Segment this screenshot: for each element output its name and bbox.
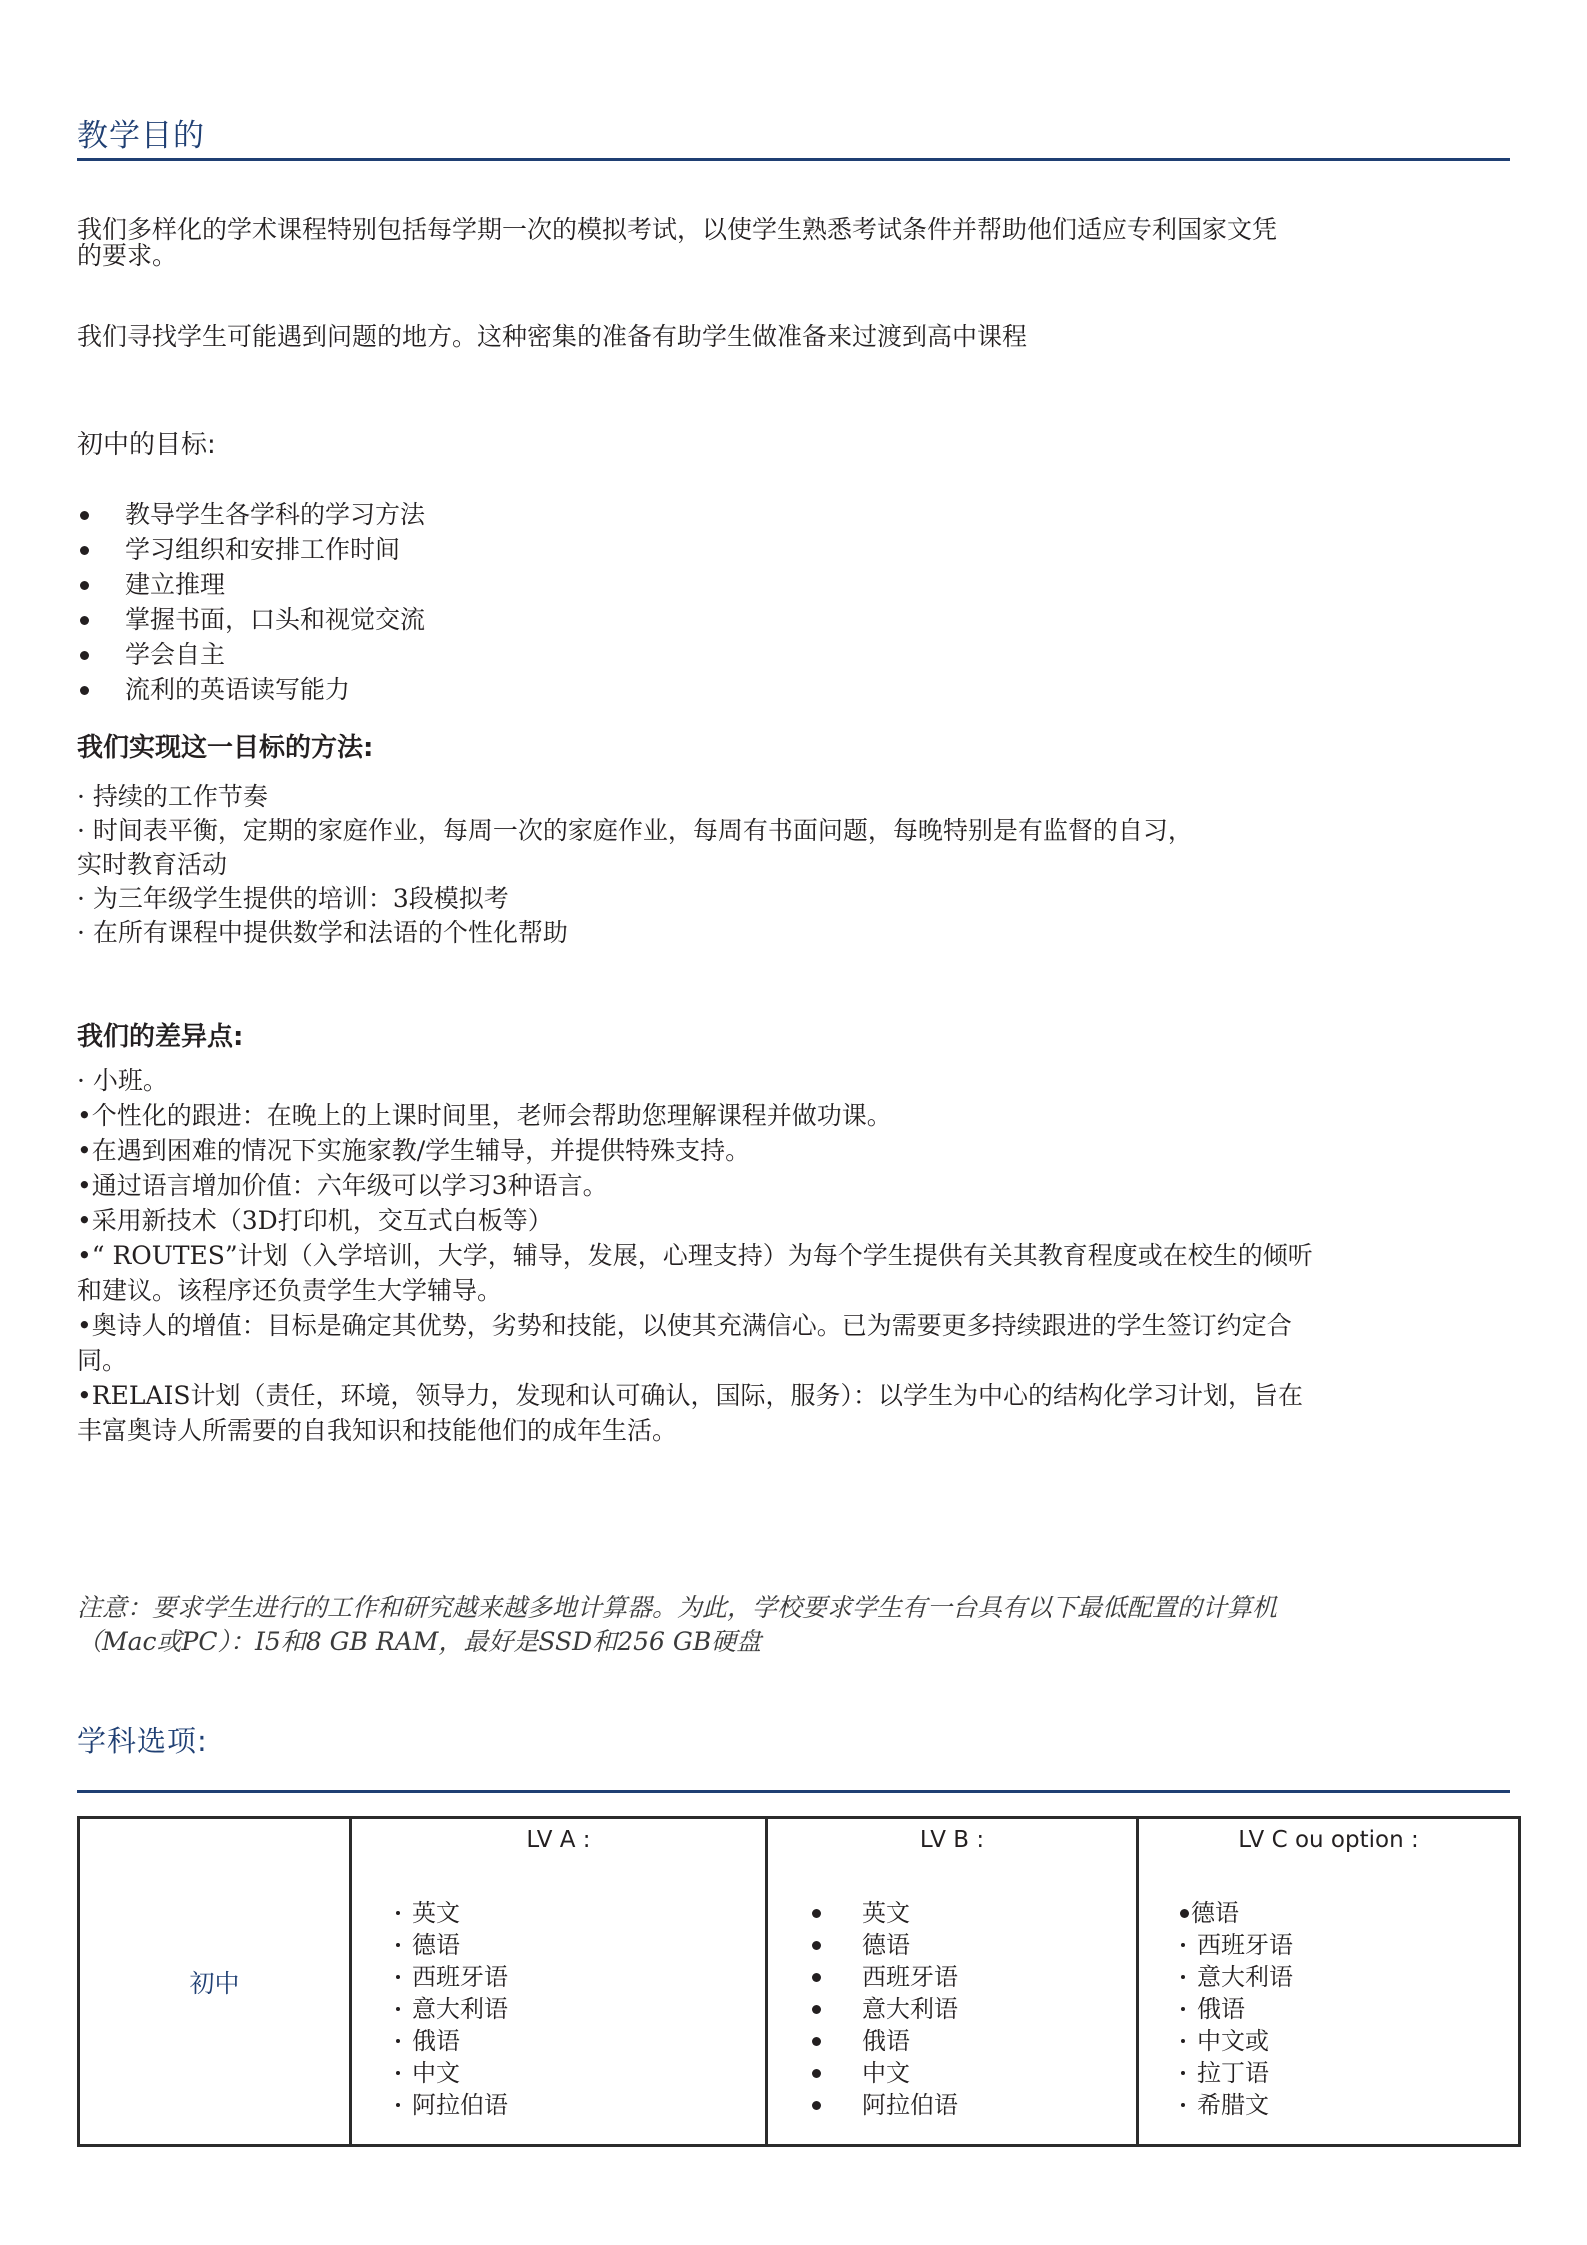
lv-b-cell: LV B : 英文 德语 西班牙语 意大利语 俄语 中文 阿拉伯语 xyxy=(767,1818,1138,2146)
goal-item: 流利的英语读写能力 xyxy=(77,672,425,707)
methods-heading: 我们实现这一目标的方法: xyxy=(77,735,373,761)
difference-line: •“ ROUTES”计划（入学培训，大学，辅导，发展，心理支持）为每个学生提供有… xyxy=(77,1238,1313,1273)
bullet-icon xyxy=(80,546,89,555)
preparation-paragraph: 我们寻找学生可能遇到问题的地方。这种密集的准备有助学生做准备来过渡到高中课程 xyxy=(77,324,1027,350)
goal-item: 学会自主 xyxy=(77,637,425,672)
difference-line: 丰富奥诗人所需要的自我知识和技能他们的成年生活。 xyxy=(77,1413,1313,1448)
difference-line: •在遇到困难的情况下实施家教/学生辅导，并提供特殊支持。 xyxy=(77,1133,1313,1168)
section-divider xyxy=(77,158,1510,161)
section-title-teaching-goals: 教学目的 xyxy=(77,121,205,152)
language-item: 英文 xyxy=(862,1897,1136,1929)
bullet-icon xyxy=(1181,2071,1185,2075)
lv-c-cell: LV C ou option : 德语 西班牙语 意大利语 俄语 中文或 拉丁语… xyxy=(1138,1818,1520,2146)
language-item: 希腊文 xyxy=(1197,2089,1518,2121)
table-row: 初中 LV A : 英文 德语 西班牙语 意大利语 俄语 中文 阿拉伯语 LV … xyxy=(79,1818,1520,2146)
bullet-icon xyxy=(1181,1975,1185,1979)
language-item: 俄语 xyxy=(862,2025,1136,2057)
language-item: 意大利语 xyxy=(396,1993,765,2025)
bullet-icon xyxy=(812,1909,821,1918)
bullet-icon xyxy=(1181,2007,1185,2011)
lv-a-cell: LV A : 英文 德语 西班牙语 意大利语 俄语 中文 阿拉伯语 xyxy=(351,1818,767,2146)
language-item: 西班牙语 xyxy=(1197,1929,1518,1961)
note-line: 注意：要求学生进行的工作和研究越来越多地计算器。为此，学校要求学生有一台具有以下… xyxy=(77,1591,1277,1625)
computer-requirements-note: 注意：要求学生进行的工作和研究越来越多地计算器。为此，学校要求学生有一台具有以下… xyxy=(77,1591,1277,1659)
bullet-icon xyxy=(80,686,89,695)
bullet-icon xyxy=(396,2007,400,2011)
difference-line: 和建议。该程序还负责学生大学辅导。 xyxy=(77,1273,1313,1308)
language-item: 西班牙语 xyxy=(396,1961,765,1993)
difference-line: · 小班。 xyxy=(77,1063,1313,1098)
difference-line: •采用新技术（3D打印机，交互式白板等） xyxy=(77,1203,1313,1238)
language-item: 西班牙语 xyxy=(862,1961,1136,1993)
difference-line: •奥诗人的增值：目标是确定其优势，劣势和技能，以使其充满信心。已为需要更多持续跟… xyxy=(77,1308,1313,1343)
bullet-icon xyxy=(396,2103,400,2107)
bullet-icon xyxy=(812,2069,821,2078)
bullet-icon xyxy=(812,2101,821,2110)
level-cell: 初中 xyxy=(79,1818,351,2146)
bullet-icon xyxy=(80,511,89,520)
goal-item: 掌握书面，口头和视觉交流 xyxy=(77,602,425,637)
intro-line-1: 我们多样化的学术课程特别包括每学期一次的模拟考试，以使学生熟悉考试条件并帮助他们… xyxy=(77,217,1517,243)
goal-item: 教导学生各学科的学习方法 xyxy=(77,497,425,532)
goals-heading: 初中的目标: xyxy=(77,432,216,458)
bullet-icon xyxy=(1181,2103,1185,2107)
language-item: 阿拉伯语 xyxy=(396,2089,765,2121)
lv-b-list: 英文 德语 西班牙语 意大利语 俄语 中文 阿拉伯语 xyxy=(768,1897,1136,2121)
language-item: 中文或 xyxy=(1197,2025,1518,2057)
subject-options-table: 初中 LV A : 英文 德语 西班牙语 意大利语 俄语 中文 阿拉伯语 LV … xyxy=(77,1816,1521,2147)
difference-line: •RELAIS计划（责任，环境，领导力，发现和认可确认，国际，服务）：以学生为中… xyxy=(77,1378,1313,1413)
method-line: · 为三年级学生提供的培训：3段模拟考 xyxy=(77,882,1193,916)
goals-list: 教导学生各学科的学习方法 学习组织和安排工作时间 建立推理 掌握书面，口头和视觉… xyxy=(77,497,425,707)
language-item: 意大利语 xyxy=(862,1993,1136,2025)
bullet-icon xyxy=(396,1911,400,1915)
column-header-lv-a: LV A : xyxy=(352,1819,765,1853)
method-line: · 持续的工作节奏 xyxy=(77,780,1193,814)
bullet-icon xyxy=(812,2005,821,2014)
language-item: 德语 xyxy=(862,1929,1136,1961)
language-item: 俄语 xyxy=(1197,1993,1518,2025)
methods-list: · 持续的工作节奏 · 时间表平衡，定期的家庭作业，每周一次的家庭作业，每周有书… xyxy=(77,780,1193,950)
bullet-icon xyxy=(1181,1943,1185,1947)
intro-line-2: 的要求。 xyxy=(77,243,1517,269)
bullet-icon xyxy=(812,2037,821,2046)
column-header-lv-b: LV B : xyxy=(768,1819,1136,1853)
bullet-icon xyxy=(80,581,89,590)
language-item: 俄语 xyxy=(396,2025,765,2057)
note-line: （Mac或PC）：I5和8 GB RAM，最好是SSD和256 GB硬盘 xyxy=(77,1625,1277,1659)
bullet-icon xyxy=(396,1943,400,1947)
language-item: 德语 xyxy=(396,1929,765,1961)
bullet-icon xyxy=(80,616,89,625)
bullet-icon xyxy=(80,651,89,660)
bullet-icon xyxy=(1181,2039,1185,2043)
language-item: 中文 xyxy=(396,2057,765,2089)
bullet-icon xyxy=(812,1941,821,1950)
differences-list: · 小班。 •个性化的跟进：在晚上的上课时间里，老师会帮助您理解课程并做功课。 … xyxy=(77,1063,1313,1448)
differences-heading: 我们的差异点: xyxy=(77,1024,243,1050)
bullet-icon xyxy=(1180,1909,1189,1918)
language-item: 英文 xyxy=(396,1897,765,1929)
bullet-icon xyxy=(812,1973,821,1982)
subjects-heading: 学科选项: xyxy=(77,1727,208,1756)
language-item: 意大利语 xyxy=(1197,1961,1518,1993)
difference-line: •个性化的跟进：在晚上的上课时间里，老师会帮助您理解课程并做功课。 xyxy=(77,1098,1313,1133)
column-header-lv-c: LV C ou option : xyxy=(1139,1819,1518,1853)
lv-c-list: 德语 西班牙语 意大利语 俄语 中文或 拉丁语 希腊文 xyxy=(1139,1897,1518,2121)
goal-item: 学习组织和安排工作时间 xyxy=(77,532,425,567)
bullet-icon xyxy=(396,2071,400,2075)
subjects-divider xyxy=(77,1790,1510,1793)
language-item: 阿拉伯语 xyxy=(862,2089,1136,2121)
language-item: 拉丁语 xyxy=(1197,2057,1518,2089)
goal-item: 建立推理 xyxy=(77,567,425,602)
bullet-icon xyxy=(396,2039,400,2043)
method-line: · 时间表平衡，定期的家庭作业，每周一次的家庭作业，每周有书面问题，每晚特别是有… xyxy=(77,814,1193,848)
difference-line: •通过语言增加价值：六年级可以学习3种语言。 xyxy=(77,1168,1313,1203)
language-item: 德语 xyxy=(1197,1897,1518,1929)
difference-line: 同。 xyxy=(77,1343,1313,1378)
language-item: 中文 xyxy=(862,2057,1136,2089)
method-line: 实时教育活动 xyxy=(77,848,1193,882)
lv-a-list: 英文 德语 西班牙语 意大利语 俄语 中文 阿拉伯语 xyxy=(352,1897,765,2121)
intro-paragraph: 我们多样化的学术课程特别包括每学期一次的模拟考试，以使学生熟悉考试条件并帮助他们… xyxy=(77,217,1517,269)
method-line: · 在所有课程中提供数学和法语的个性化帮助 xyxy=(77,916,1193,950)
bullet-icon xyxy=(396,1975,400,1979)
